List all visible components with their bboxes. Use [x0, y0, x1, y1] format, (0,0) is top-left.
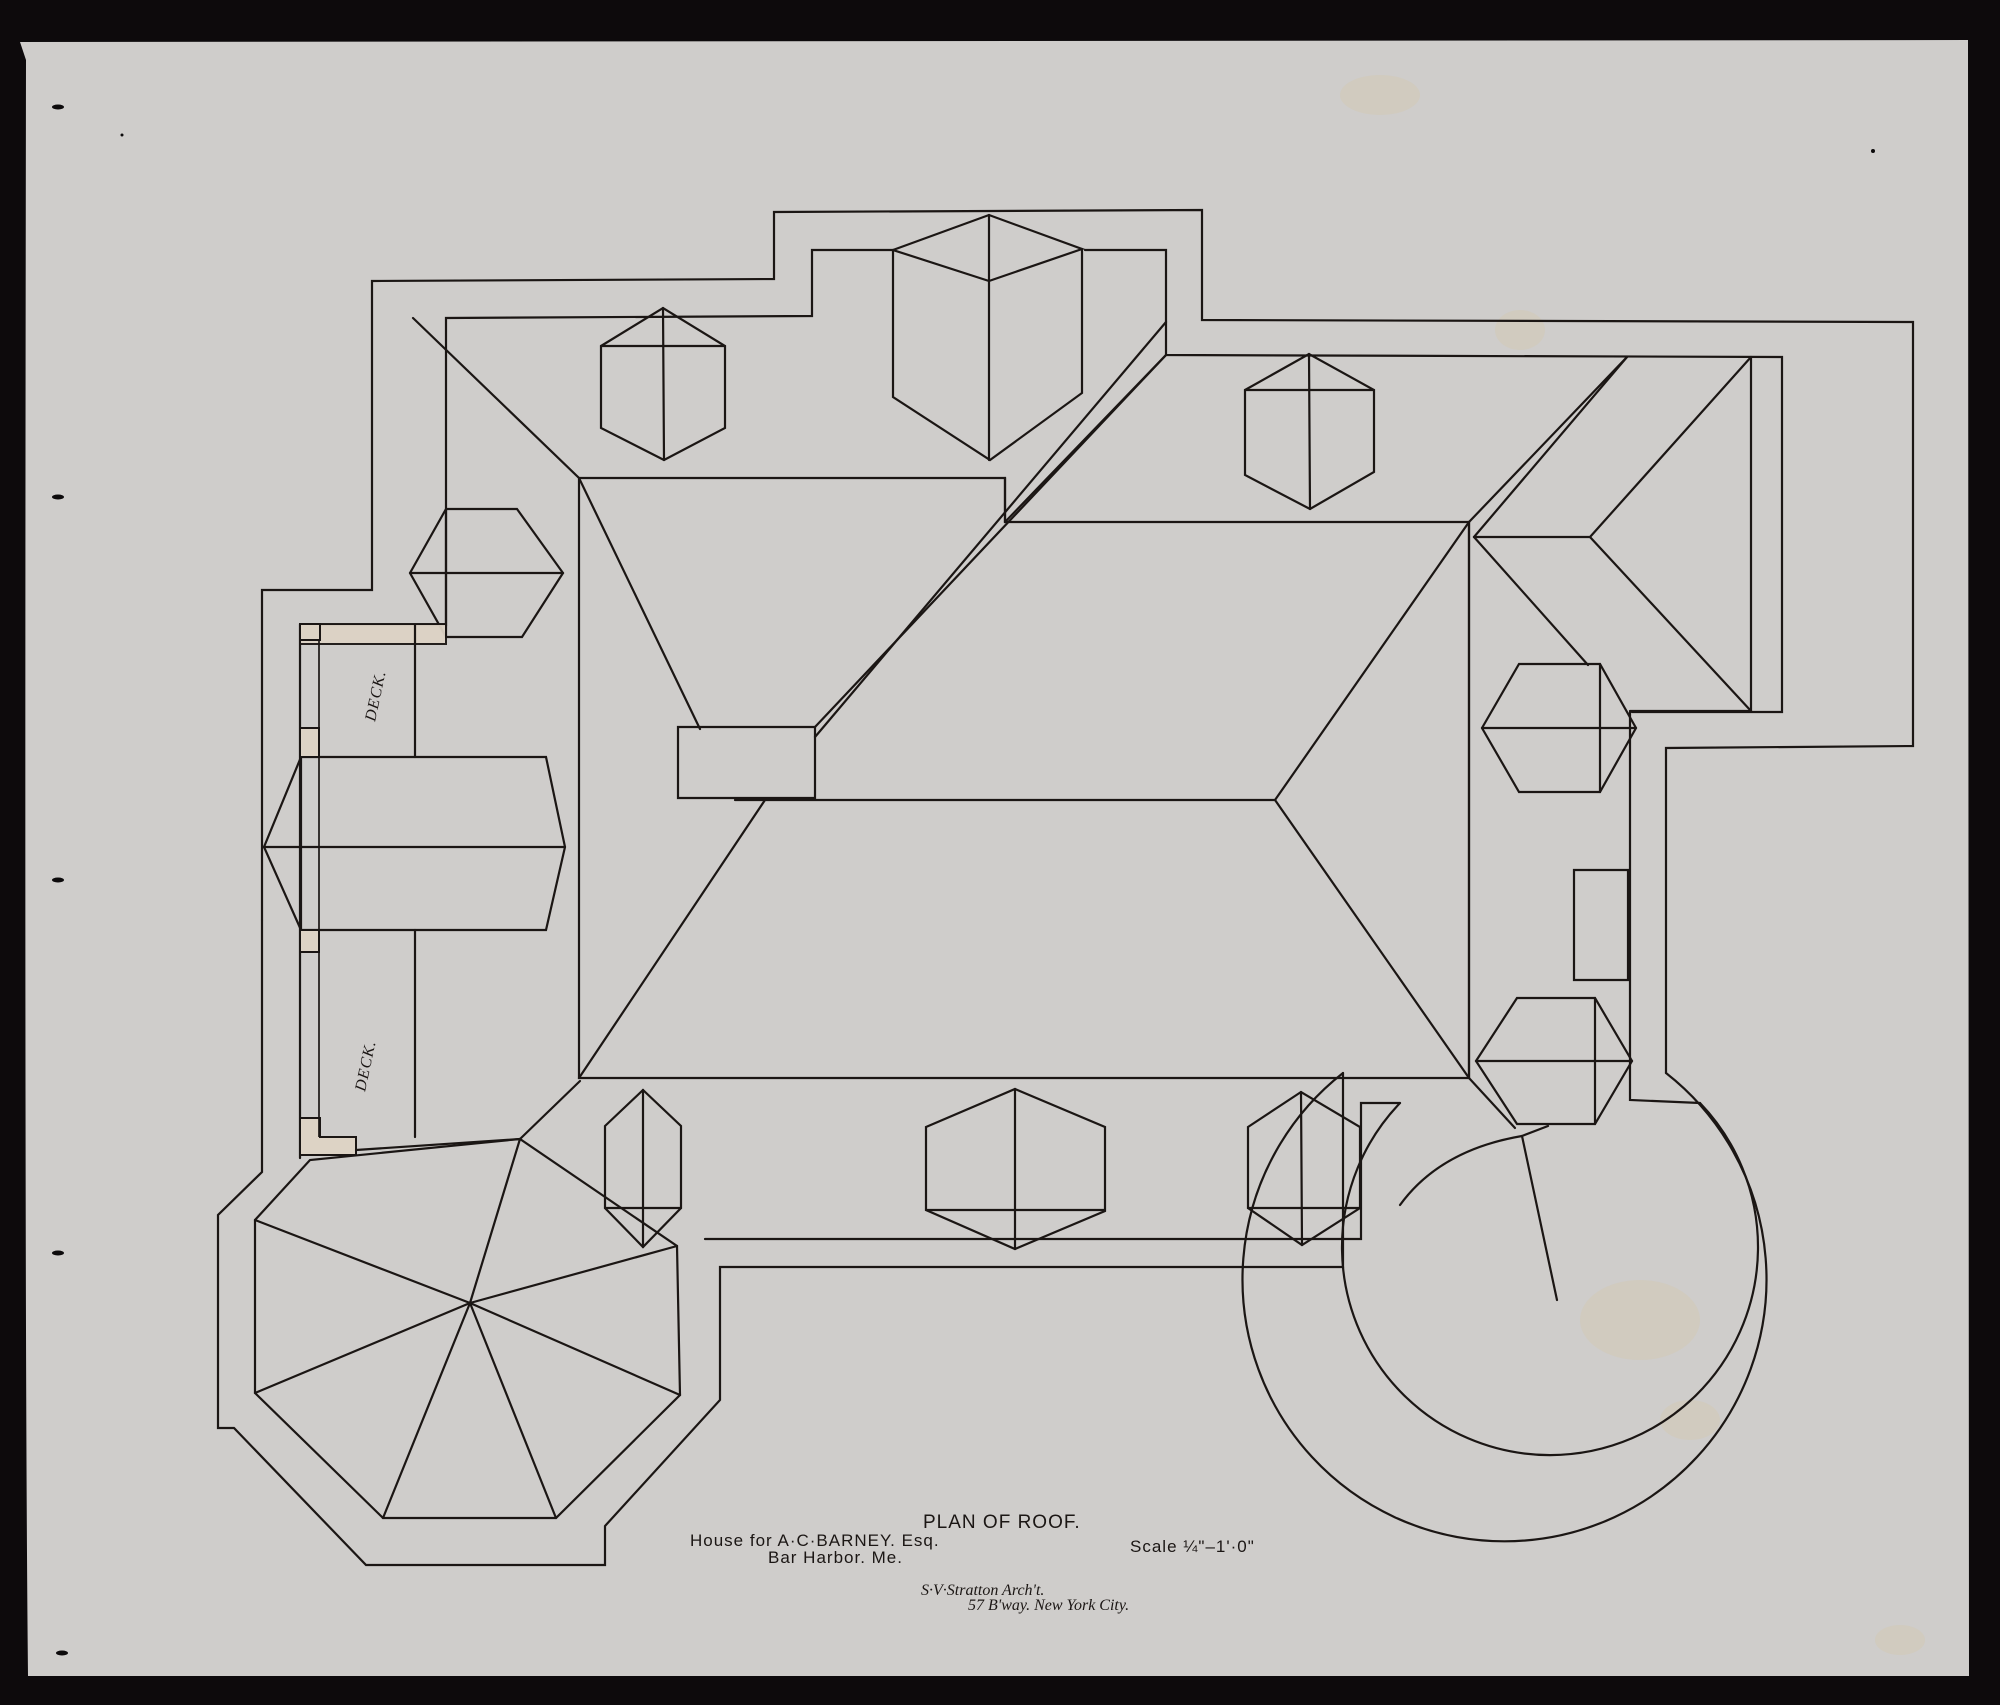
address-line: 57 B'way. New York City. [968, 1597, 1129, 1614]
scale-label: Scale ¼"–1'·0" [1130, 1537, 1255, 1556]
drawing-title: PLAN OF ROOF. [923, 1512, 1081, 1533]
location-line: Bar Harbor. Me. [768, 1548, 903, 1567]
roof-plan-drawing: PLAN OF ROOF. House for A·C·BARNEY. Esq.… [0, 0, 2000, 1705]
